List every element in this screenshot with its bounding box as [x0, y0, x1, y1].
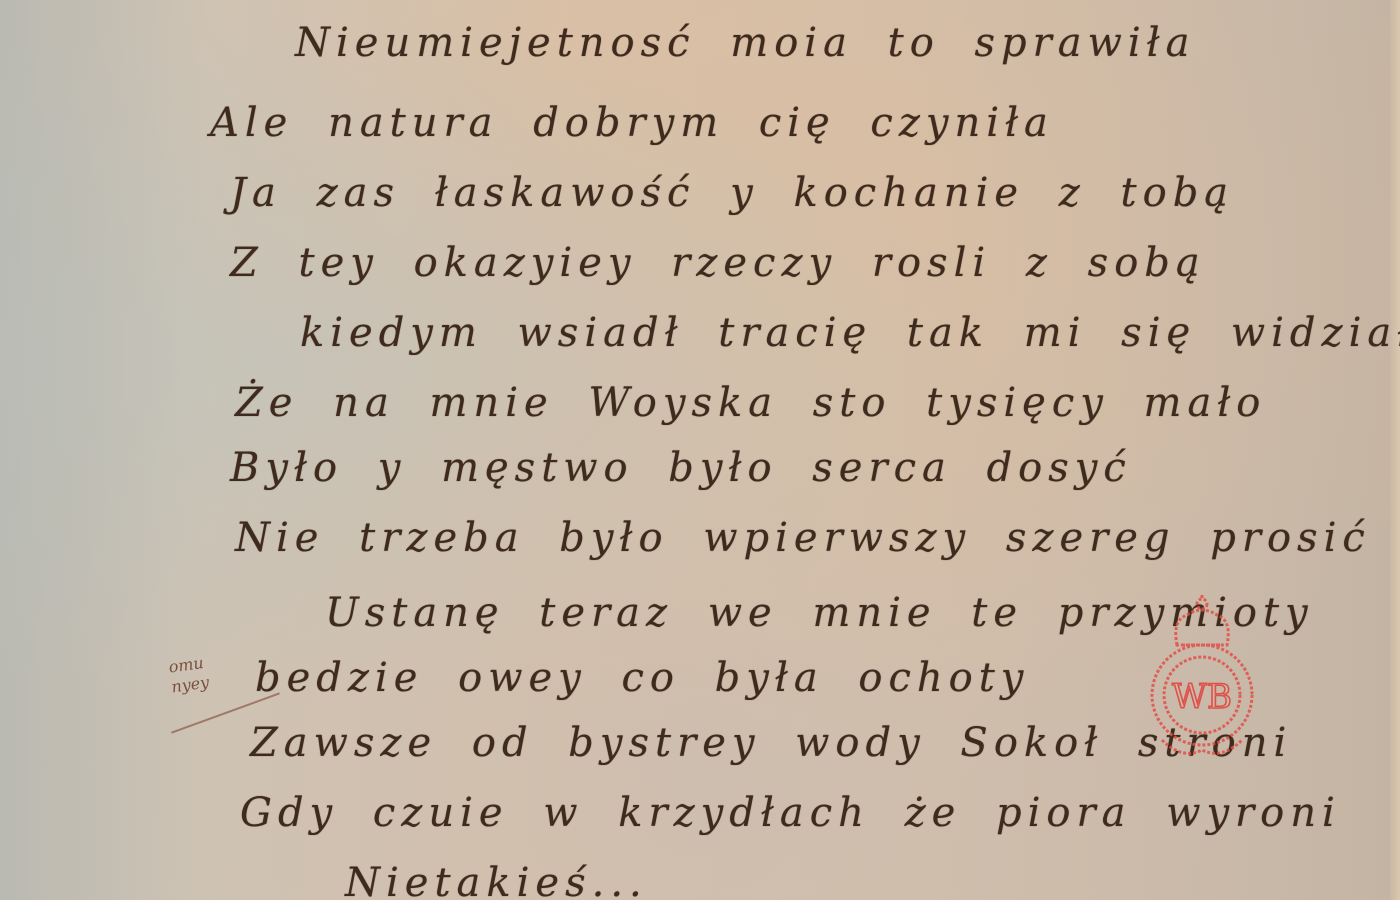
manuscript-line-13: Nietakieś... — [345, 860, 648, 900]
paper-shading — [0, 0, 200, 900]
paper-edge — [1390, 0, 1400, 900]
marginal-note: omu nyey — [167, 653, 210, 698]
svg-text:WB: WB — [1172, 677, 1232, 717]
manuscript-line-3: Ja zas łaskawość y kochanie z tobą — [230, 170, 1234, 216]
manuscript-line-1: Nieumiejetnosć moia to sprawiła — [295, 20, 1195, 66]
crown-seal-icon: WB — [1142, 590, 1262, 770]
manuscript-line-7: Było y męstwo było serca dosyć — [230, 445, 1132, 491]
manuscript-line-5: kiedym wsiadł tracię tak mi się widziało — [300, 310, 1400, 356]
manuscript-page: Nieumiejetnosć moia to sprawiła Ale natu… — [0, 0, 1400, 900]
manuscript-line-11: Zawsze od bystrey wody Sokoł stroni — [250, 720, 1292, 766]
marginal-note-line-2: nyey — [170, 672, 210, 697]
manuscript-line-12: Gdy czuie w krzydłach że piora wyroni — [240, 790, 1341, 836]
manuscript-line-6: Że na mnie Woyska sto tysięcy mało — [235, 380, 1266, 426]
library-stamp: WB — [1142, 590, 1262, 770]
manuscript-line-8: Nie trzeba było wpierwszy szereg prosić — [235, 515, 1371, 561]
manuscript-line-2: Ale natura dobrym cię czyniła — [210, 100, 1054, 146]
manuscript-line-10: bedzie owey co była ochoty — [255, 655, 1029, 701]
manuscript-line-4: Z tey okazyiey rzeczy rosli z sobą — [230, 240, 1206, 286]
